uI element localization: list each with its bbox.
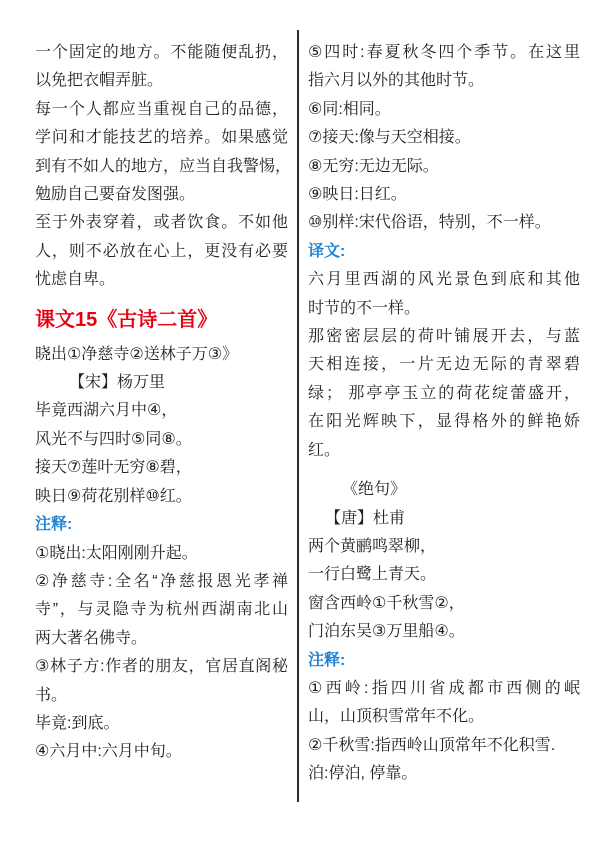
note-line: ①晓出:太阳刚刚升起。 [35,540,288,568]
note-line: ⑤四时:春夏秋冬四个季节。在这里 [308,39,580,67]
poem2-verse-line: 门泊东吴③万里船④。 [308,618,580,646]
poem1-verse-line: 风光不与四时⑤同⑧。 [35,426,288,454]
translation-heading: 译文: [308,238,580,266]
poem1-author: 【宋】杨万里 [35,369,288,397]
poem1-verse-line: 接天⑦莲叶无穷⑧碧， [35,454,288,482]
translation-line: 时节的不一样。 [308,295,580,323]
note-line: ⑧无穷:无边无际。 [308,153,580,181]
note-line: 书。 [35,682,288,710]
translation-line: 六月里西湖的风光景色到底和其他 [308,266,580,294]
poem2-verse-line: 两个黄鹂鸣翠柳， [308,533,580,561]
poem1-title: 晓出①净慈寺②送林子万③》 [35,341,288,369]
note-line: ⑨映日:日红。 [308,181,580,209]
notes-heading: 注释: [35,511,288,539]
note-line: ②净慈寺:全名“净慈报恩光孝禅 [35,568,288,596]
body-text-line: 到有不如人的地方，应当自我警惕， [35,153,288,181]
lesson-title: 课文15《古诗二首》 [35,305,288,335]
note-line: 指六月以外的其他时节。 [308,67,580,95]
note-line: 毕竟:到底。 [35,710,288,738]
body-text-line: 每一个人都应当重视自己的品德， [35,96,288,124]
body-text-line: 一个固定的地方。不能随便乱扔， [35,39,288,67]
document-page: 一个固定的地方。不能随便乱扔， 以免把衣帽弄脏。 每一个人都应当重视自己的品德，… [0,0,595,841]
body-text-line: 忧虑自卑。 [35,266,288,294]
poem2-author: 【唐】杜甫 [308,505,580,533]
translation-line: 在阳光辉映下，显得格外的鲜艳娇 [308,408,580,436]
translation-line: 那密密层层的荷叶铺展开去，与蓝 [308,323,580,351]
body-text-line: 勉励自己要奋发图强。 [35,181,288,209]
note-line: 山，山顶积雪常年不化。 [308,703,580,731]
translation-line: 红。 [308,437,580,465]
translation-line: 天相连接，一片无边无际的青翠碧 [308,351,580,379]
note-line: ②千秋雪:指西岭山顶常年不化积雪. [308,732,580,760]
poem1-verse-line: 映日⑨荷花别样⑩红。 [35,483,288,511]
body-text-line: 以免把衣帽弄脏。 [35,67,288,95]
note-line: ⑦接天:像与天空相接。 [308,124,580,152]
poem2-verse-line: 窗含西岭①千秋雪②， [308,590,580,618]
column-divider [297,30,299,802]
note-line: ⑥同:相同。 [308,96,580,124]
poem1-verse-line: 毕竟西湖六月中④， [35,397,288,425]
note-line: ⑩别样:宋代俗语，特别，不一样。 [308,209,580,237]
body-text-line: 至于外表穿着，或者饮食。不如他 [35,209,288,237]
notes-heading: 注释: [308,647,580,675]
note-line: 两大著名佛寺。 [35,625,288,653]
note-line: ④六月中:六月中旬。 [35,738,288,766]
body-text-line: 人，则不必放在心上，更没有必要 [35,238,288,266]
note-line: ①西岭:指四川省成都市西侧的岷 [308,675,580,703]
note-line: 寺”，与灵隐寺为杭州西湖南北山 [35,596,288,624]
body-text-line: 学问和才能技艺的培养。如果感觉 [35,124,288,152]
translation-line: 绿； 那亭亭玉立的荷花绽蕾盛开， [308,380,580,408]
poem2-verse-line: 一行白鹭上青天。 [308,561,580,589]
right-column: ⑤四时:春夏秋冬四个季节。在这里 指六月以外的其他时节。 ⑥同:相同。 ⑦接天:… [308,39,580,789]
left-column: 一个固定的地方。不能随便乱扔， 以免把衣帽弄脏。 每一个人都应当重视自己的品德，… [35,39,288,767]
note-line: ③林子方:作者的朋友，官居直阁秘 [35,653,288,681]
note-line: 泊:停泊, 停靠。 [308,760,580,788]
poem2-title: 《绝句》 [308,476,580,504]
